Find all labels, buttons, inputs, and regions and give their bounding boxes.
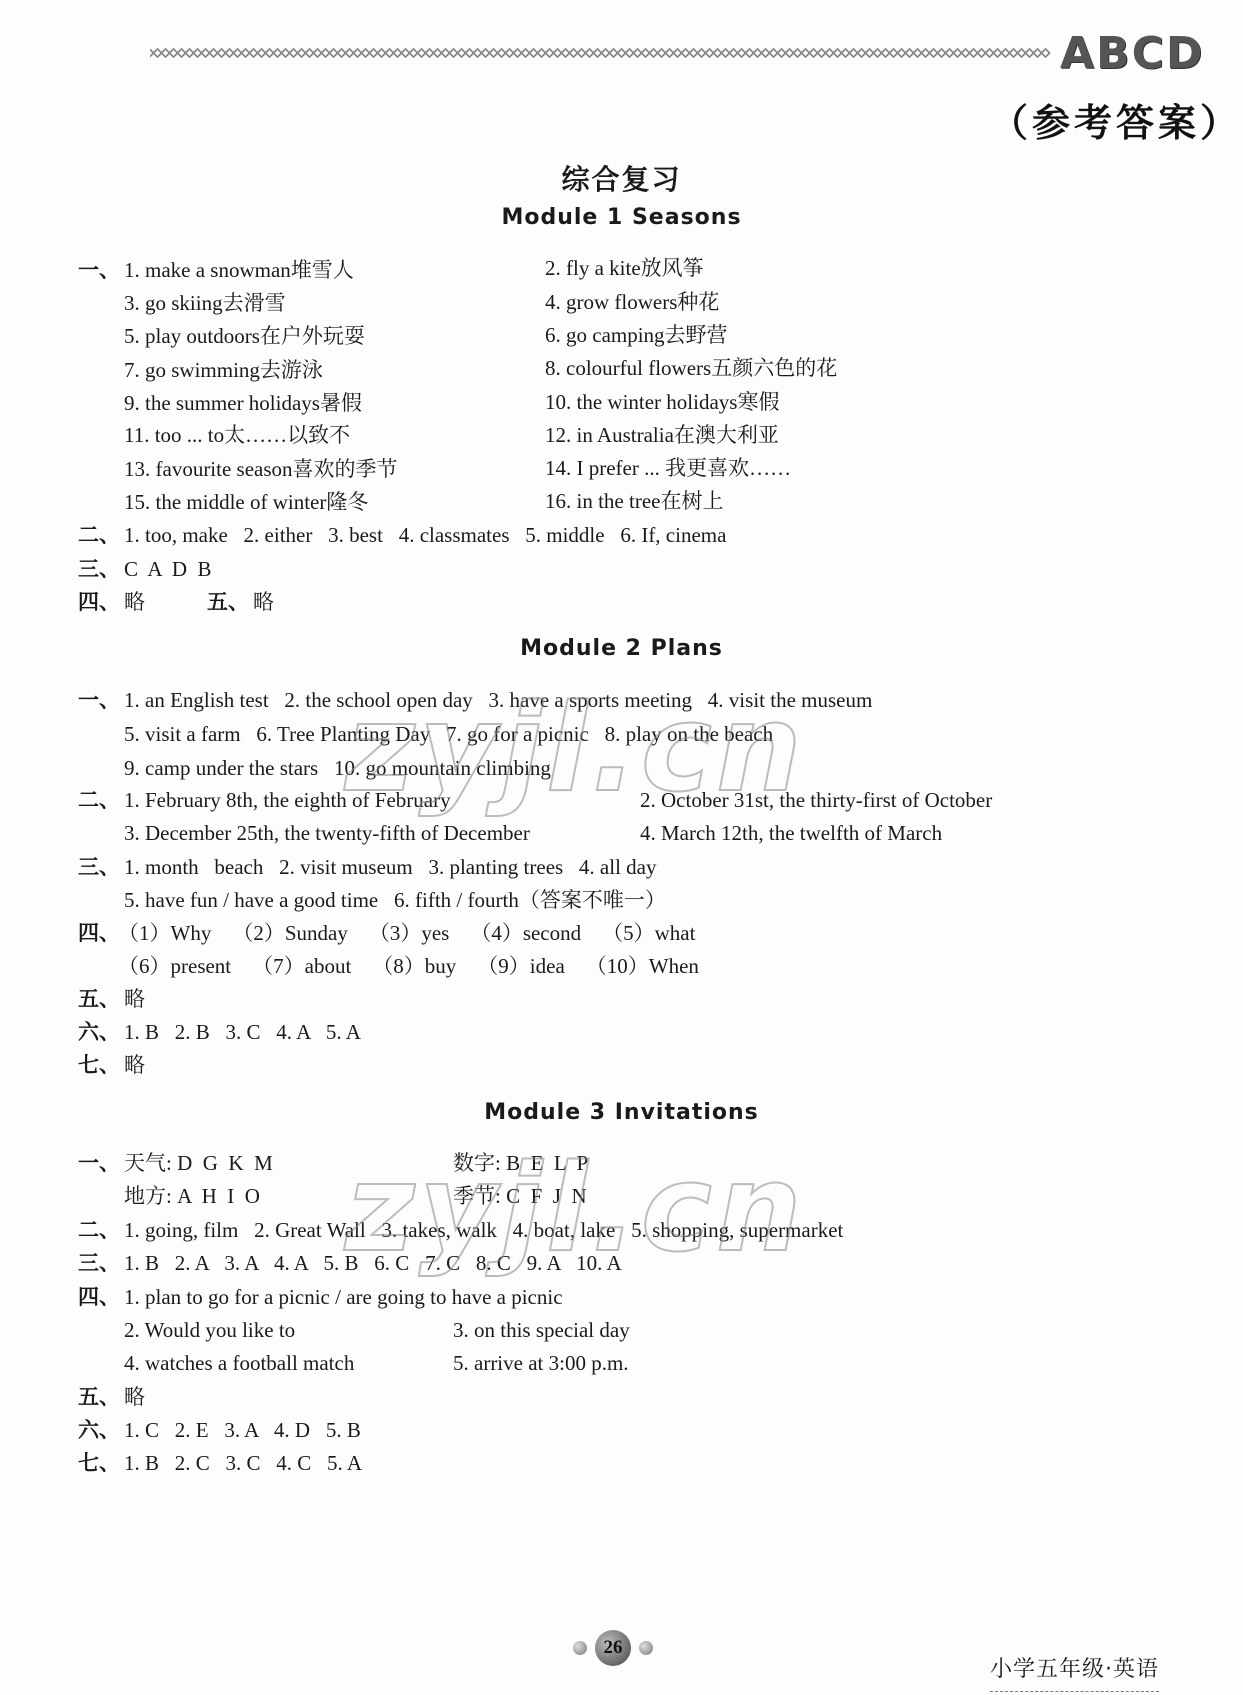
m3-s1-item: 数字: B E L P xyxy=(453,1149,588,1177)
page-title: 综合复习 xyxy=(0,158,1243,198)
m2-s1-line: 5. visit a farm 6. Tree Planting Day 7. … xyxy=(124,720,773,748)
m3-s4-label: 四、 xyxy=(78,1283,120,1311)
m2-s4-label: 四、 xyxy=(78,919,120,947)
m2-s6-text: 1. B 2. B 3. C 4. A 5. A xyxy=(124,1018,361,1046)
m2-s2-label: 二、 xyxy=(78,786,120,814)
module-2-title: Module 2 Plans xyxy=(0,636,1243,661)
m1-s1-item: 14. I prefer ... 我更喜欢…… xyxy=(545,454,791,482)
m1-s1-item: 10. the winter holidays寒假 xyxy=(545,388,779,416)
m1-s3-label: 三、 xyxy=(78,555,120,583)
m2-s6-label: 六、 xyxy=(78,1018,120,1046)
m2-s7-text: 略 xyxy=(124,1051,145,1079)
m3-s3-label: 三、 xyxy=(78,1249,120,1277)
m1-s1-label: 一、 xyxy=(78,256,120,284)
m1-s1-item: 11. too ... to太……以致不 xyxy=(124,421,350,449)
module-3-title: Module 3 Invitations xyxy=(0,1100,1243,1125)
m2-s4-line: （6）present （7）about （8）buy （9）idea （10）W… xyxy=(118,952,699,980)
m1-s1-item: 13. favourite season喜欢的季节 xyxy=(124,455,398,483)
m3-s6-label: 六、 xyxy=(78,1416,120,1444)
m2-s2-item: 1. February 8th, the eighth of February xyxy=(124,786,451,814)
m1-s1-item: 5. play outdoors在户外玩耍 xyxy=(124,322,365,350)
m1-s1-item: 15. the middle of winter隆冬 xyxy=(124,488,368,516)
m2-s2-item: 4. March 12th, the twelfth of March xyxy=(640,819,942,847)
m3-s4-item: 1. plan to go for a picnic / are going t… xyxy=(124,1283,563,1311)
m1-s1-item: 7. go swimming去游泳 xyxy=(124,356,323,384)
m2-s5-label: 五、 xyxy=(78,985,120,1013)
m3-s2-label: 二、 xyxy=(78,1216,120,1244)
m3-s5-label: 五、 xyxy=(78,1383,120,1411)
m1-s5-label: 五、 xyxy=(207,588,249,616)
page-number-badge: 26 xyxy=(573,1630,653,1666)
m3-s5-text: 略 xyxy=(124,1383,145,1411)
m1-s5-text: 略 xyxy=(253,588,274,616)
grade-subject-label: 小学五年级·英语 xyxy=(990,1652,1159,1692)
m3-s3-text: 1. B 2. A 3. A 4. A 5. B 6. C 7. C 8. C … xyxy=(124,1249,622,1277)
m1-s1-item: 16. in the tree在树上 xyxy=(545,487,723,515)
answer-key-title: （参考答案） xyxy=(990,92,1242,147)
m1-s1-item: 2. fly a kite放风筝 xyxy=(545,254,704,282)
m3-s2-text: 1. going, film 2. Great Wall 3. takes, w… xyxy=(124,1216,843,1244)
m3-s1-item: 天气: D G K M xyxy=(124,1149,273,1177)
m3-s1-item: 地方: A H I O xyxy=(124,1182,260,1210)
m2-s1-line: 9. camp under the stars 10. go mountain … xyxy=(124,754,551,782)
dot-icon xyxy=(639,1641,653,1655)
m2-s5-text: 略 xyxy=(124,985,145,1013)
m2-s2-item: 2. October 31st, the thirty-first of Oct… xyxy=(640,786,992,814)
m3-s1-label: 一、 xyxy=(78,1149,120,1177)
m3-s6-text: 1. C 2. E 3. A 4. D 5. B xyxy=(124,1416,361,1444)
m2-s1-label: 一、 xyxy=(78,686,120,714)
header-abcd-decoration: ABCD xyxy=(1060,28,1204,79)
m3-s1-item: 季节: C F J N xyxy=(453,1182,587,1210)
m2-s3-line: 5. have fun / have a good time 6. fifth … xyxy=(124,886,666,914)
m1-s1-item: 9. the summer holidays暑假 xyxy=(124,389,362,417)
m1-s1-item: 12. in Australia在澳大利亚 xyxy=(545,421,779,449)
m1-s1-item: 8. colourful flowers五颜六色的花 xyxy=(545,354,837,382)
page-number: 26 xyxy=(595,1630,631,1666)
m2-s2-item: 3. December 25th, the twenty-fifth of De… xyxy=(124,819,530,847)
m1-s1-item: 1. make a snowman堆雪人 xyxy=(124,256,354,284)
m1-s4-label: 四、 xyxy=(78,588,120,616)
m2-s3-label: 三、 xyxy=(78,853,120,881)
m1-s4-text: 略 xyxy=(124,588,145,616)
m3-s4-item: 4. watches a football match xyxy=(124,1349,354,1377)
m1-s3-text: C A D B xyxy=(124,555,212,583)
header-wavy-divider xyxy=(150,48,1050,58)
m1-s1-item: 4. grow flowers种花 xyxy=(545,288,719,316)
m3-s4-item: 5. arrive at 3:00 p.m. xyxy=(453,1349,629,1377)
m2-s3-line: 1. month beach 2. visit museum 3. planti… xyxy=(124,853,657,881)
m1-s2-text: 1. too, make 2. either 3. best 4. classm… xyxy=(124,521,726,549)
m2-s4-line: （1）Why （2）Sunday （3）yes （4）second （5）wha… xyxy=(118,919,695,947)
dot-icon xyxy=(573,1641,587,1655)
m3-s7-label: 七、 xyxy=(78,1449,120,1477)
m1-s2-label: 二、 xyxy=(78,521,120,549)
m1-s1-item: 6. go camping去野营 xyxy=(545,321,728,349)
m1-s1-item: 3. go skiing去滑雪 xyxy=(124,289,286,317)
module-1-title: Module 1 Seasons xyxy=(0,205,1243,230)
m3-s7-text: 1. B 2. C 3. C 4. C 5. A xyxy=(124,1449,362,1477)
m3-s4-item: 2. Would you like to xyxy=(124,1316,295,1344)
m2-s1-line: 1. an English test 2. the school open da… xyxy=(124,686,872,714)
m2-s7-label: 七、 xyxy=(78,1051,120,1079)
m3-s4-item: 3. on this special day xyxy=(453,1316,630,1344)
